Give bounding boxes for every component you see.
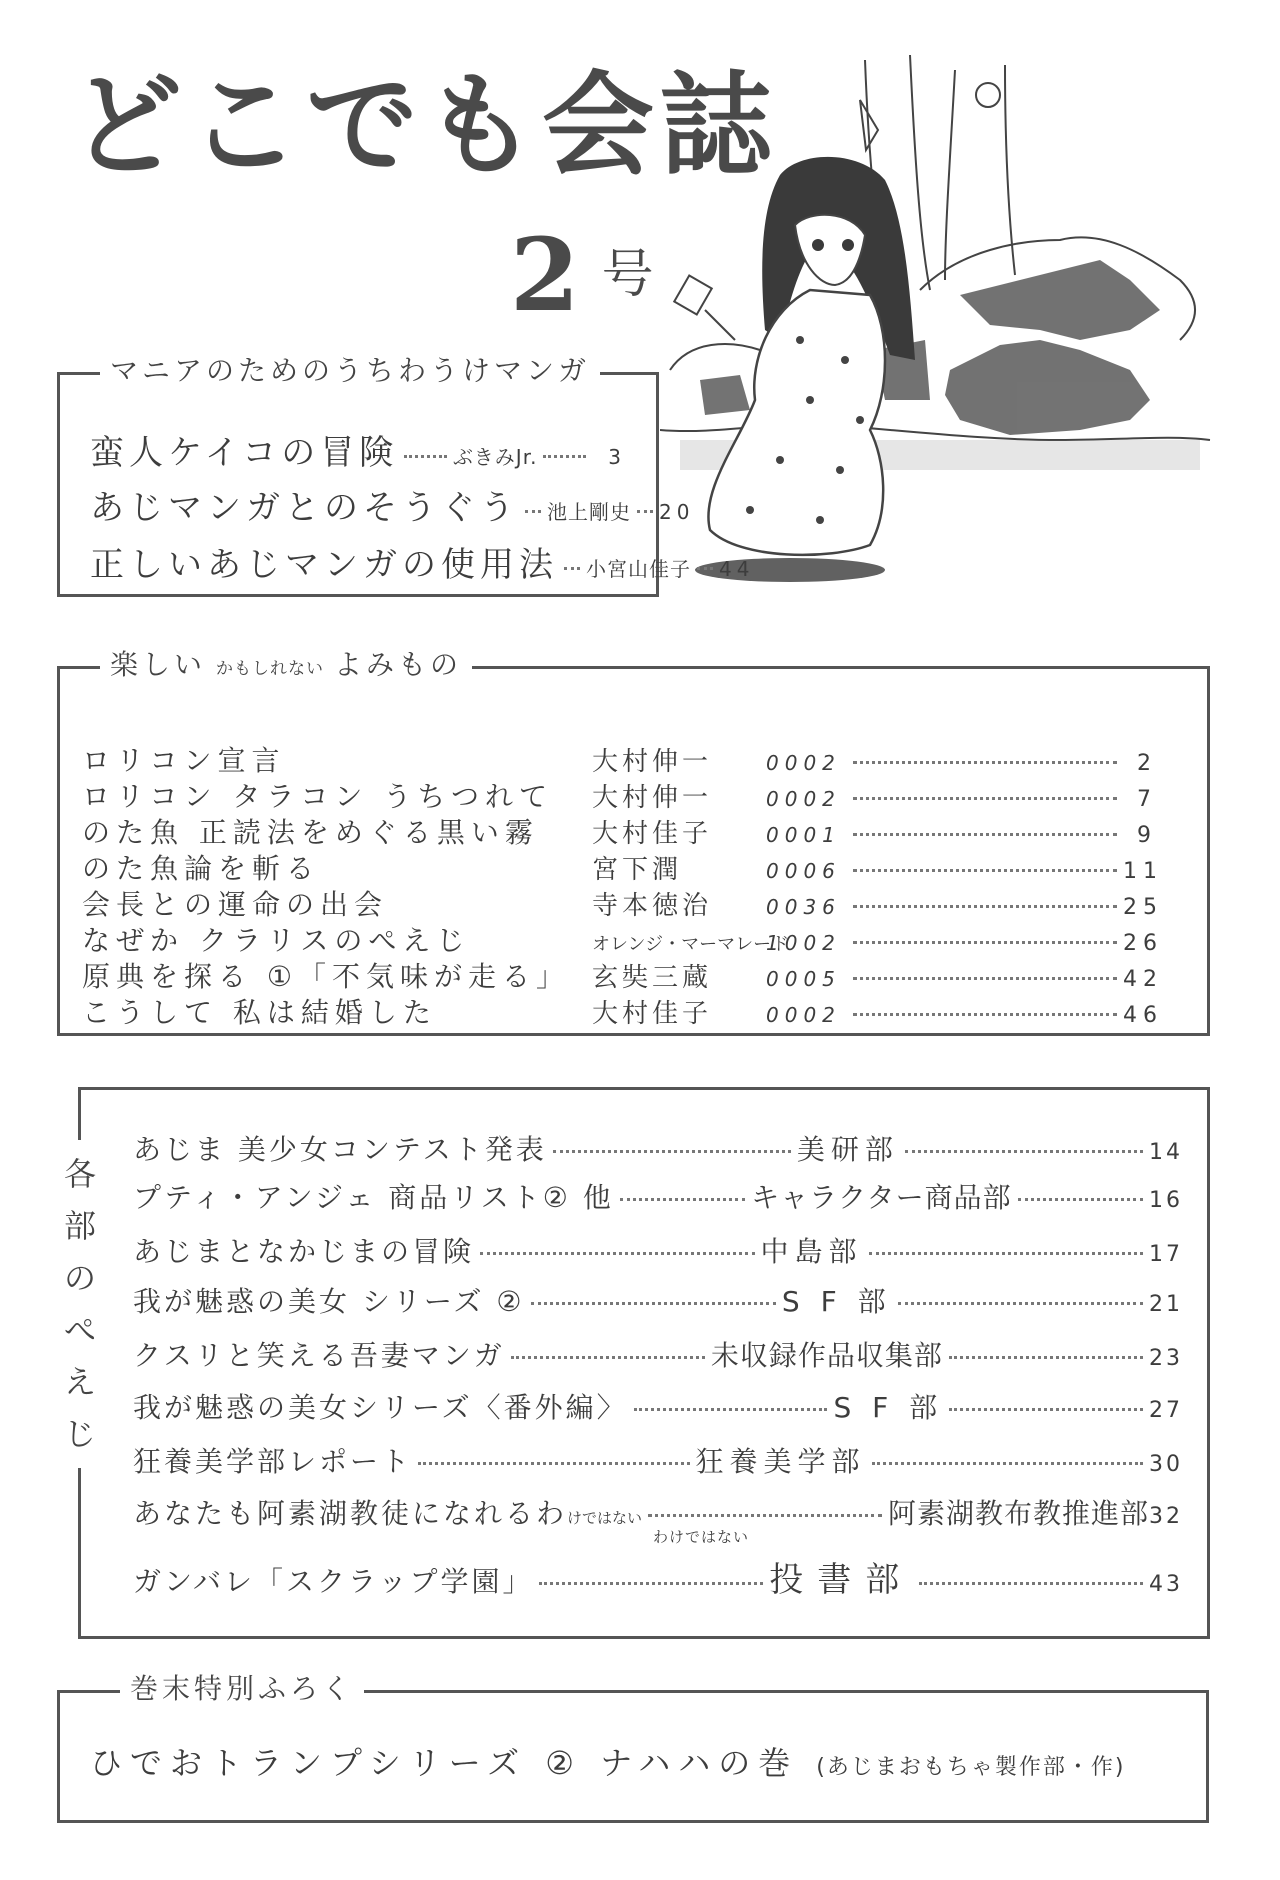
leader-dots (898, 1302, 1143, 1305)
leader-dots (949, 1356, 1143, 1359)
toc-entry[interactable]: のた魚 正読法をめぐる黒い霧 大村佳子 0001 9 (82, 811, 1157, 851)
entry-page: 21 (1149, 1292, 1183, 1317)
entry-member-code: 0002 (766, 751, 841, 775)
entry-title: 我が魅惑の美女シリーズ〈番外編〉 (133, 1386, 628, 1426)
section-reading-heading: 楽しいかもしれないよみもの (100, 647, 472, 687)
toc-entry[interactable]: のた魚論を斬る 宮下潤 0006 11 (82, 847, 1157, 887)
entry-page: 14 (1149, 1140, 1183, 1165)
section-manga: マニアのためのうちわうけマンガ 蛮人ケイコの冒険 ぶきみJr. 3 あじマンガと… (57, 372, 659, 597)
toc-entry[interactable]: ガンバレ「スクラップ学園」 投書部 43 (133, 1552, 1183, 1601)
section-appendix-heading: 巻末特別ふろく (120, 1671, 364, 1707)
entry-page: 17 (1149, 1242, 1183, 1267)
entry-department: S F 部 (782, 1280, 892, 1320)
leader-dots (905, 1150, 1143, 1153)
entry-author: ぶきみJr. (453, 441, 538, 470)
cover-illustration (660, 40, 1220, 620)
leader-dots (919, 1582, 1143, 1585)
entry-title: 原典を探る ①「不気味が走る」 (82, 955, 592, 995)
leader-dots (525, 510, 541, 513)
leader-dots (648, 1514, 882, 1517)
entry-title: クスリと笑える吾妻マンガ (133, 1334, 505, 1374)
leader-dots (869, 1252, 1143, 1255)
entry-author: 大村伸一 (592, 741, 752, 778)
entry-page: 27 (1149, 1398, 1183, 1423)
entry-member-code: 0001 (766, 823, 841, 847)
toc-entry[interactable]: あなたも阿素湖教徒になれるわけではない わけではない 阿素湖教布教推進部 32 (133, 1492, 1183, 1532)
leader-dots (404, 455, 447, 458)
leader-dots (853, 833, 1117, 836)
toc-entry[interactable]: 原典を探る ①「不気味が走る」 玄奘三蔵 0005 42 (82, 955, 1157, 995)
toc-entry[interactable]: クスリと笑える吾妻マンガ 未収録作品収集部 23 (133, 1334, 1183, 1374)
entry-member-code: 0005 (766, 967, 841, 991)
section-reading: 楽しいかもしれないよみもの ロリコン宣言 大村伸一 0002 2 ロリコン タラ… (57, 666, 1210, 1036)
entry-department: 投書部 (769, 1552, 913, 1601)
entry-title: 狂養美学部レポート (133, 1440, 412, 1480)
girl-illustration-icon (660, 40, 1220, 620)
leader-dots (511, 1356, 705, 1359)
entry-title: あじマンガとのそうぐう (90, 480, 519, 529)
entry-member-code: 0002 (766, 787, 841, 811)
leader-dots (949, 1408, 1143, 1411)
entry-page: 32 (1149, 1504, 1183, 1529)
leader-dots (480, 1252, 754, 1255)
leader-dots (418, 1462, 689, 1465)
entry-title-aside: けではない (567, 1509, 642, 1527)
entry-page: 30 (1149, 1452, 1183, 1477)
entry-member-code: 0036 (766, 895, 841, 919)
leader-dots (634, 1408, 828, 1411)
entry-page: 26 (1123, 931, 1157, 956)
entry-page: 43 (1149, 1572, 1183, 1597)
toc-entry[interactable]: あじま 美少女コンテスト発表 美研部 14 (133, 1128, 1183, 1168)
entry-title: あじま 美少女コンテスト発表 (133, 1128, 547, 1168)
toc-entry[interactable]: 正しいあじマンガの使用法 小宮山佳子 44 (90, 537, 626, 586)
leader-dots (853, 761, 1117, 764)
issue-suffix: 号 (602, 245, 654, 305)
entry-title: のた魚論を斬る (82, 847, 592, 887)
entry-page: 16 (1149, 1188, 1183, 1213)
entry-author: 池上剛史 (547, 496, 631, 525)
entry-page: 42 (1123, 967, 1157, 992)
heading-main: 楽しい (110, 648, 206, 681)
entry-page: 46 (1123, 1003, 1157, 1028)
entry-title: なぜか クラリスのぺえじ (82, 919, 592, 959)
section-appendix: 巻末特別ふろく ひでおトランプシリーズ ② ナハハの巻 (あじまおもちゃ製作部・… (57, 1690, 1209, 1823)
leader-dots (853, 977, 1117, 980)
entry-page: 23 (1149, 1346, 1183, 1371)
entry-title: ロリコン タラコン うちつれて (82, 775, 592, 815)
issue-number: 2号 (510, 225, 654, 325)
entry-title: あなたも阿素湖教徒になれるわけではない (133, 1492, 642, 1532)
leader-dots (564, 567, 580, 570)
entry-title: のた魚 正読法をめぐる黒い霧 (82, 811, 592, 851)
entry-department: 美研部 (797, 1128, 899, 1168)
toc-entry[interactable]: プティ・アンジェ 商品リスト② 他 キャラクター商品部 16 (133, 1176, 1183, 1216)
toc-entry[interactable]: なぜか クラリスのぺえじ オレンジ・マーマレード 1002 26 (82, 919, 1157, 959)
entry-department: 未収録作品収集部 (711, 1334, 943, 1374)
entry-author: 寺本徳治 (592, 885, 752, 922)
issue-number-value: 2 (510, 216, 580, 334)
toc-entry[interactable]: あじまとなかじまの冒険 中島部 17 (133, 1230, 1183, 1270)
entry-member-code: 1002 (766, 931, 841, 955)
toc-entry[interactable]: こうして 私は結婚した 大村佳子 0002 46 (82, 991, 1157, 1031)
entry-page: 11 (1123, 859, 1157, 884)
entry-department: 狂養美学部 (696, 1440, 866, 1480)
entry-author: 大村佳子 (592, 813, 752, 850)
entry-member-code: 0006 (766, 859, 841, 883)
leader-dots (620, 1198, 745, 1201)
entry-title: ロリコン宣言 (82, 739, 592, 779)
entry-department: キャラクター商品部 (751, 1176, 1011, 1216)
leader-dots (1018, 1198, 1143, 1201)
entry-title: 我が魅惑の美女 シリーズ ② (133, 1280, 525, 1320)
entry-page: 25 (1123, 895, 1157, 920)
entry-title: こうして 私は結婚した (82, 991, 592, 1031)
leader-dots (543, 455, 586, 458)
entry-author: 小宮山佳子 (586, 553, 691, 582)
leader-dots (853, 869, 1117, 872)
leader-dots (872, 1462, 1143, 1465)
entry-department: 中島部 (761, 1230, 863, 1270)
entry-title: 会長との運命の出会 (82, 883, 592, 923)
entry-page: 2 (1123, 751, 1157, 776)
entry-page: 44 (719, 557, 753, 581)
entry-title: 蛮人ケイコの冒険 (90, 425, 398, 474)
leader-dots (539, 1582, 763, 1585)
toc-entry[interactable]: 狂養美学部レポート 狂養美学部 30 (133, 1440, 1183, 1480)
leader-dots (853, 905, 1117, 908)
leader-dots (553, 1150, 791, 1153)
entry-title: プティ・アンジェ 商品リスト② 他 (133, 1176, 614, 1216)
entry-department: 阿素湖教布教推進部 (888, 1492, 1149, 1532)
leader-dots (853, 941, 1117, 944)
entry-title: ひでおトランプシリーズ ② ナハハの巻 (90, 1738, 798, 1784)
entry-author: 大村佳子 (592, 993, 752, 1030)
toc-entry[interactable]: ロリコン宣言 大村伸一 0002 2 (82, 739, 1157, 779)
entry-credit: (あじまおもちゃ製作部・作) (816, 1750, 1125, 1781)
entry-author: 大村伸一 (592, 777, 752, 814)
entry-page: 3 (592, 445, 626, 469)
entry-author: オレンジ・マーマレード (592, 930, 752, 956)
entry-title: ガンバレ「スクラップ学園」 (133, 1560, 533, 1600)
section-departments-vertical-label: 各 部 の ぺ え じ (45, 1140, 115, 1468)
entry-page: 9 (1123, 823, 1157, 848)
leader-dots (531, 1302, 776, 1305)
entry-title: あじまとなかじまの冒険 (133, 1230, 474, 1270)
toc-entry[interactable]: 我が魅惑の美女シリーズ〈番外編〉 S F 部 27 (133, 1386, 1183, 1426)
entry-page: 7 (1123, 787, 1157, 812)
leader-dots (853, 1013, 1117, 1016)
toc-entry[interactable]: 蛮人ケイコの冒険 ぶきみJr. 3 (90, 425, 626, 474)
toc-entry[interactable]: ひでおトランプシリーズ ② ナハハの巻 (あじまおもちゃ製作部・作) (90, 1738, 1176, 1784)
leader-dots (697, 567, 713, 570)
toc-entry[interactable]: 我が魅惑の美女 シリーズ ② S F 部 21 (133, 1280, 1183, 1320)
section-departments: 各 部 の ぺ え じ あじま 美少女コンテスト発表 美研部 14 プティ・アン… (78, 1087, 1210, 1639)
entry-page: 20 (659, 500, 693, 524)
entry-title: 正しいあじマンガの使用法 (90, 537, 558, 586)
toc-entry[interactable]: ロリコン タラコン うちつれて 大村伸一 0002 7 (82, 775, 1157, 815)
entry-author: 宮下潤 (592, 849, 752, 886)
leader-dots (637, 510, 653, 513)
entry-title-note: わけではない (653, 1526, 749, 1547)
leader-dots (853, 797, 1117, 800)
entry-member-code: 0002 (766, 1003, 841, 1027)
heading-end: よみもの (334, 648, 462, 681)
entry-department: S F 部 (833, 1386, 943, 1426)
entry-author: 玄奘三蔵 (592, 957, 752, 994)
section-manga-heading: マニアのためのうちわうけマンガ (100, 353, 600, 389)
heading-small: かもしれない (216, 659, 324, 679)
toc-entry[interactable]: 会長との運命の出会 寺本徳治 0036 25 (82, 883, 1157, 923)
toc-entry[interactable]: あじマンガとのそうぐう 池上剛史 20 (90, 480, 626, 529)
